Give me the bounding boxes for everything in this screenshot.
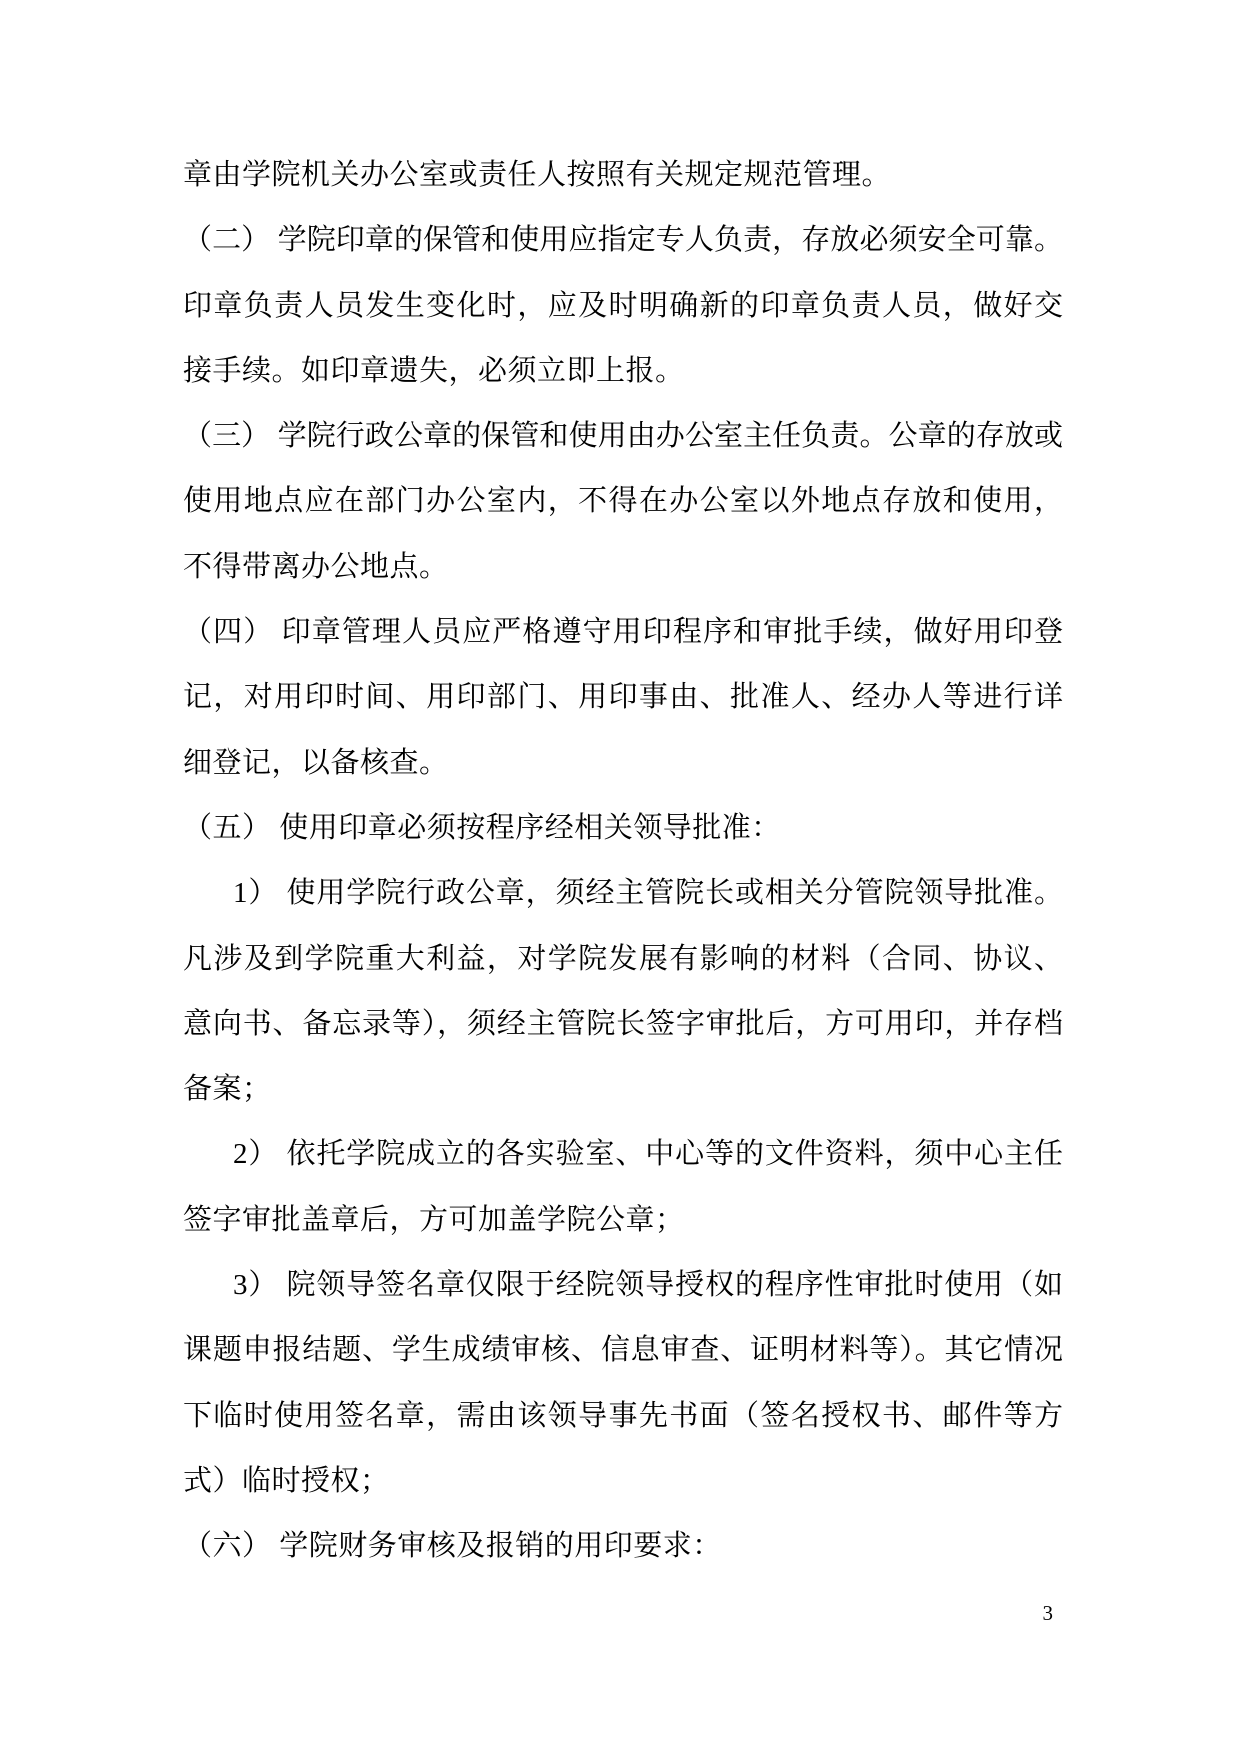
text-line: 1） 使用学院行政公章，须经主管院长或相关分管院领导批准。 bbox=[183, 861, 1063, 926]
text-line: 凡涉及到学院重大利益，对学院发展有影响的材料（合同、协议、 bbox=[183, 927, 1063, 992]
document-page: 章由学院机关办公室或责任人按照有关规定规范管理。（二） 学院印章的保管和使用应指… bbox=[0, 0, 1240, 1754]
text-line: （二） 学院印章的保管和使用应指定专人负责，存放必须安全可靠。 bbox=[183, 208, 1063, 273]
text-line: （三） 学院行政公章的保管和使用由办公室主任负责。公章的存放或 bbox=[183, 404, 1063, 469]
document-body: 章由学院机关办公室或责任人按照有关规定规范管理。（二） 学院印章的保管和使用应指… bbox=[183, 143, 1063, 1580]
text-line: （五） 使用印章必须按程序经相关领导批准： bbox=[183, 796, 1063, 861]
text-line: 签字审批盖章后，方可加盖学院公章； bbox=[183, 1188, 1063, 1253]
text-line: 课题申报结题、学生成绩审核、信息审查、证明材料等）。其它情况 bbox=[183, 1318, 1063, 1383]
page-number: 3 bbox=[183, 1600, 1063, 1626]
text-line: 意向书、备忘录等），须经主管院长签字审批后，方可用印，并存档 bbox=[183, 992, 1063, 1057]
text-line: 式）临时授权； bbox=[183, 1449, 1063, 1514]
text-line: 备案； bbox=[183, 1057, 1063, 1122]
text-line: （四） 印章管理人员应严格遵守用印程序和审批手续，做好用印登 bbox=[183, 600, 1063, 665]
text-line: 下临时使用签名章，需由该领导事先书面（签名授权书、邮件等方 bbox=[183, 1384, 1063, 1449]
text-line: 印章负责人员发生变化时，应及时明确新的印章负责人员，做好交 bbox=[183, 274, 1063, 339]
text-line: 细登记，以备核查。 bbox=[183, 731, 1063, 796]
text-line: 2） 依托学院成立的各实验室、中心等的文件资料，须中心主任 bbox=[183, 1122, 1063, 1187]
text-line: 记，对用印时间、用印部门、用印事由、批准人、经办人等进行详 bbox=[183, 665, 1063, 730]
text-line: 章由学院机关办公室或责任人按照有关规定规范管理。 bbox=[183, 143, 1063, 208]
text-line: 接手续。如印章遗失，必须立即上报。 bbox=[183, 339, 1063, 404]
text-line: （六） 学院财务审核及报销的用印要求： bbox=[183, 1514, 1063, 1579]
text-line: 使用地点应在部门办公室内，不得在办公室以外地点存放和使用， bbox=[183, 469, 1063, 534]
text-line: 不得带离办公地点。 bbox=[183, 535, 1063, 600]
text-line: 3） 院领导签名章仅限于经院领导授权的程序性审批时使用（如 bbox=[183, 1253, 1063, 1318]
